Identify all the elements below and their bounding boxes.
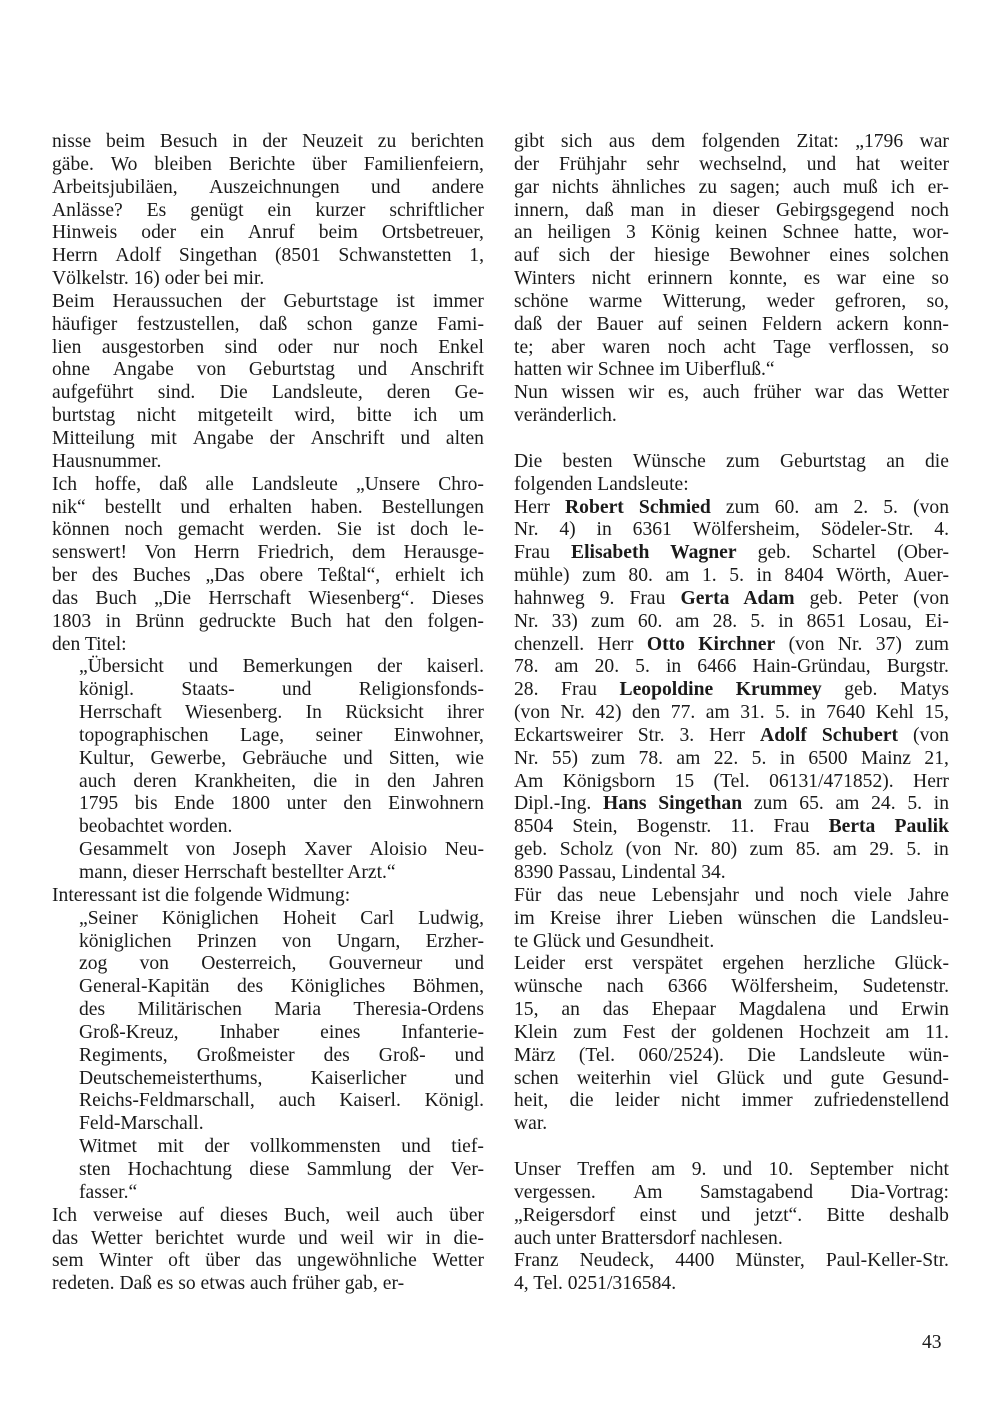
text-line: 1795bisEnde1800unterdenEinwohnern (79, 793, 484, 816)
text-line: semWinteroftüberdasungewöhnlicheWetter (52, 1250, 484, 1273)
indented-quote-paragraph: Witmetmitdervollkommenstenundtief-stenHo… (52, 1136, 484, 1205)
birthday-list-paragraph: Herr Robert Schmied zum 60. am 2. 5. (vo… (514, 497, 949, 885)
text-segment: Dipl.-Ing. (514, 793, 603, 814)
text-line: „SeinerKöniglichenHoheitCarlLudwig, (79, 908, 484, 931)
text-line: FürdasneueLebensjahrundnochvieleJahre (514, 885, 949, 908)
text-line: Frau Elisabeth Wagner geb. Schartel (Obe… (514, 542, 949, 565)
text-line: veränderlich. (514, 405, 949, 428)
person-name: Adolf Schubert (760, 725, 898, 746)
text-line: mann, dieser Herrschaft bestellter Arzt.… (79, 862, 484, 885)
text-line: GesammeltvonJosephXaverAloisioNeu- (79, 839, 484, 862)
text-segment: 28. Frau (514, 679, 620, 700)
text-line: desMilitärischenMariaTheresia-Ordens (79, 999, 484, 1022)
person-name: Elisabeth Wagner (571, 542, 737, 563)
text-line: auchderenKrankheiten,dieindenJahren (79, 771, 484, 794)
text-line: „Reigersdorfeinstundjetzt“.Bittedeshalb (514, 1205, 949, 1228)
paragraph-gap (514, 1136, 949, 1159)
paragraph-gap (514, 428, 949, 451)
text-line: stenHochachtungdieseSammlungderVer- (79, 1159, 484, 1182)
text-line: aufsichderhiesigeBewohnereinessolchen (514, 245, 949, 268)
text-line: mühle)zum80.am1.5.in8404Wörth,Auer- (514, 565, 949, 588)
text-line: Herr Robert Schmied zum 60. am 2. 5. (vo… (514, 497, 949, 520)
author-signature: FranzNeudeck,4400Münster,Paul-Keller-Str… (514, 1250, 949, 1296)
text-line: Witmetmitdervollkommenstenundtief- (79, 1136, 484, 1159)
weather-conclusion-paragraph: Nunwissenwires,auchfrüherwardasWetterver… (514, 382, 949, 428)
person-name: Gerta Adam (680, 588, 794, 609)
person-name: Otto Kirchner (647, 634, 775, 655)
right-column: gibtsichausdemfolgendenZitat:„1796warder… (514, 131, 949, 1296)
text-line: März(Tel.060/2524).DieLandsleutewün- (514, 1045, 949, 1068)
text-line: berdesBuches„DasobereTeßtal“,erhieltich (52, 565, 484, 588)
text-line: KleinzumFestdergoldenenHochzeitam11. (514, 1022, 949, 1045)
text-line: Anlässe?Esgenügteinkurzerschriftlicher (52, 200, 484, 223)
text-line: Eckartsweirer Str. 3. Herr Adolf Schuber… (514, 725, 949, 748)
text-line: Ichhoffe,daßalleLandsleute„UnsereChro- (52, 474, 484, 497)
text-line: Groß-Kreuz,InhabereinesInfanterie- (79, 1022, 484, 1045)
text-segment: Eckartsweirer Str. 3. Herr (514, 725, 760, 746)
text-line: Nr.55)zum78.am22.5.in6500Mainz21, (514, 748, 949, 771)
page-number: 43 (922, 1332, 942, 1354)
text-line: Hausnummer. (52, 451, 484, 474)
text-line: fasser.“ (79, 1182, 484, 1205)
person-name: Leopoldine Krummey (620, 679, 822, 700)
text-line: lienausgestorbensindodernurnochEnkel (52, 337, 484, 360)
text-line: Regiments,GroßmeisterdesGroß-und (79, 1045, 484, 1068)
text-line: folgenden Landsleute: (514, 474, 949, 497)
person-name: Robert Schmied (565, 497, 711, 518)
text-line: könnennochgemachtwerden.Sieistdochle- (52, 519, 484, 542)
text-line: 28. Frau Leopoldine Krummey geb. Matys (514, 679, 949, 702)
text-segment: geb. Schartel (Ober- (737, 542, 949, 563)
text-line: Interessant ist die folgende Widmung: (52, 885, 484, 908)
text-line: häufigerfestzustellen,daßschonganzeFami- (52, 314, 484, 337)
text-line: FranzNeudeck,4400Münster,Paul-Keller-Str… (514, 1250, 949, 1273)
text-line: Völkelstr. 16) oder bei mir. (52, 268, 484, 291)
text-segment: zum 65. am 24. 5. in (742, 793, 949, 814)
text-line: imKreiseihrerLiebenwünschendieLandsleu- (514, 908, 949, 931)
text-line: 78.am20.5.in6466Hain-Gründau,Burgstr. (514, 656, 949, 679)
text-line: vergessen.AmSamstagabendDia-Vortrag: (514, 1182, 949, 1205)
text-line: schönewarmeWitterung,wedergefroren,so, (514, 291, 949, 314)
text-line: anheiligen3KönigkeinenSchneehatte,wor- (514, 222, 949, 245)
text-line: dasBuch„DieHerrschaftWiesenberg“.Dieses (52, 588, 484, 611)
text-line: auch unter Brattersdorf nachlesen. (514, 1228, 949, 1251)
text-line: 4, Tel. 0251/316584. (514, 1273, 949, 1296)
text-line: innern,daßmanindieserGebirgsgegendnoch (514, 200, 949, 223)
birthday-wishes-paragraph: FürdasneueLebensjahrundnochvieleJahreimK… (514, 885, 949, 954)
indented-quote-paragraph: „ÜbersichtundBemerkungenderkaiserl.könig… (52, 656, 484, 839)
text-line: 8390 Passau, Lindental 34. (514, 862, 949, 885)
text-line: Wintersnichterinnernkonnte,eswareineso (514, 268, 949, 291)
text-line: BeimHeraussuchenderGeburtstageistimmer (52, 291, 484, 314)
text-line: geb.Scholz(vonNr.80)zum85.am29.5.in (514, 839, 949, 862)
text-line: schenweiterhinvielGlückundguteGesund- (514, 1068, 949, 1091)
text-line: te;aberwarennochachtTageverflossen,so (514, 337, 949, 360)
text-line: LeidererstverspätetergehenherzlicheGlück… (514, 953, 949, 976)
text-segment: Herr (514, 497, 565, 518)
text-line: Nr.4)in6361Wölfersheim,Södeler-Str.4. (514, 519, 949, 542)
person-name: Berta Paulik (829, 816, 949, 837)
text-line: UnserTreffenam9.und10.Septembernicht (514, 1159, 949, 1182)
text-line: zogvonOesterreich,Gouverneurund (79, 953, 484, 976)
text-segment: zum 60. am 2. 5. (von (711, 497, 949, 518)
text-segment: 8504 Stein, Bogenstr. 11. Frau (514, 816, 829, 837)
text-line: HerrnAdolfSingethan(8501Schwanstetten1, (52, 245, 484, 268)
text-line: war. (514, 1113, 949, 1136)
text-segment: (von (898, 725, 949, 746)
text-line: topographischenLage,seinerEinwohner, (79, 725, 484, 748)
text-line: DiebestenWünschezumGeburtstagandie (514, 451, 949, 474)
text-line: hatten wir Schnee im Uiberfluß.“ (514, 359, 949, 382)
text-line: nik“bestelltunderhaltenhaben.Bestellunge… (52, 497, 484, 520)
text-line: 15,andasEhepaarMagdalenaundErwin (514, 999, 949, 1022)
text-line: nissebeimBesuchinderNeuzeitzuberichten (52, 131, 484, 154)
text-line: senswert!VonHerrnFriedrich,demHerausge- (52, 542, 484, 565)
text-line: Nunwissenwires,auchfrüherwardasWetter (514, 382, 949, 405)
text-line: daßderBaueraufseinenFeldernackernkonn- (514, 314, 949, 337)
text-line: MitteilungmitAngabederAnschriftundalten (52, 428, 484, 451)
text-line: chenzell. Herr Otto Kirchner (von Nr. 37… (514, 634, 949, 657)
text-segment: (von Nr. 37) zum (775, 634, 949, 655)
text-line: königlichenPrinzenvonUngarn,Erzher- (79, 931, 484, 954)
text-line: wünschenach6366Wölfersheim,Sudetenstr. (514, 976, 949, 999)
text-segment: Frau (514, 542, 571, 563)
paragraph: nissebeimBesuchinderNeuzeitzuberichtengä… (52, 131, 484, 291)
text-line: Nr.33)zum60.am28.5.in8651Losau,Ei- (514, 611, 949, 634)
text-line: 1803inBrünngedruckteBuchhatdenfolgen- (52, 611, 484, 634)
text-line: gäbe.WobleibenBerichteüberFamilienfeiern… (52, 154, 484, 177)
text-line: Arbeitsjubiläen,Auszeichnungenundandere (52, 177, 484, 200)
text-line: (vonNr.42)den77.am31.5.in7640Kehl15, (514, 702, 949, 725)
indented-quote-paragraph: GesammeltvonJosephXaverAloisioNeu-mann, … (52, 839, 484, 885)
paragraph: IchverweiseaufdiesesBuch,weilauchüberdas… (52, 1205, 484, 1296)
weather-quote-paragraph: gibtsichausdemfolgendenZitat:„1796warder… (514, 131, 949, 382)
text-line: ohneAngabevonGeburtstagundAnschrift (52, 359, 484, 382)
text-line: Reichs-Feldmarschall,auchKaiserl.Königl. (79, 1090, 484, 1113)
text-line: Kultur,Gewerbe,GebräucheundSitten,wie (79, 748, 484, 771)
text-line: te Glück und Gesundheit. (514, 931, 949, 954)
text-line: königl.Staats-undReligionsfonds- (79, 679, 484, 702)
text-line: beobachtet worden. (79, 816, 484, 839)
birthday-intro-paragraph: DiebestenWünschezumGeburtstagandiefolgen… (514, 451, 949, 497)
text-line: Dipl.-Ing. Hans Singethan zum 65. am 24.… (514, 793, 949, 816)
indented-quote-paragraph: „SeinerKöniglichenHoheitCarlLudwig,könig… (52, 908, 484, 1136)
text-line: gibtsichausdemfolgendenZitat:„1796war (514, 131, 949, 154)
text-line: den Titel: (52, 634, 484, 657)
text-line: redeten. Daß es so etwas auch früher gab… (52, 1273, 484, 1296)
text-segment: chenzell. Herr (514, 634, 647, 655)
text-line: hahnweg 9. Frau Gerta Adam geb. Peter (v… (514, 588, 949, 611)
text-line: derFrühjahrsehrwechselnd,undhatweiter (514, 154, 949, 177)
text-line: heit,dieleidernichtimmerzufriedenstellen… (514, 1090, 949, 1113)
text-segment: 8390 Passau, Lindental 34. (514, 862, 726, 883)
left-column: nissebeimBesuchinderNeuzeitzuberichtengä… (52, 131, 484, 1296)
text-line: General-KapitändesKöniglichesBöhmen, (79, 976, 484, 999)
text-line: Feld-Marschall. (79, 1113, 484, 1136)
text-segment: hahnweg 9. Frau (514, 588, 680, 609)
text-line: burtstagnichtmitgeteiltwird,bitteichum (52, 405, 484, 428)
person-name: Hans Singethan (603, 793, 742, 814)
paragraph: BeimHeraussuchenderGeburtstageistimmerhä… (52, 291, 484, 474)
text-segment: geb. Peter (von (795, 588, 949, 609)
text-line: „ÜbersichtundBemerkungenderkaiserl. (79, 656, 484, 679)
text-line: Deutschemeisterthums,Kaiserlicherund (79, 1068, 484, 1091)
text-line: 8504 Stein, Bogenstr. 11. Frau Berta Pau… (514, 816, 949, 839)
text-line: IchverweiseaufdiesesBuch,weilauchüber (52, 1205, 484, 1228)
meeting-reminder-paragraph: UnserTreffenam9.und10.Septembernichtverg… (514, 1159, 949, 1250)
golden-wedding-paragraph: LeidererstverspätetergehenherzlicheGlück… (514, 953, 949, 1136)
paragraph: Ichhoffe,daßalleLandsleute„UnsereChro-ni… (52, 474, 484, 657)
text-line: garnichtsähnlicheszusagen;auchmußicher- (514, 177, 949, 200)
text-line: dasWetterberichtetwurdeundweilwirindie- (52, 1228, 484, 1251)
text-line: AmKönigsborn15(Tel.06131/471852).Herr (514, 771, 949, 794)
text-line: HinweisodereinAnrufbeimOrtsbetreuer, (52, 222, 484, 245)
text-line: aufgeführtsind.DieLandsleute,derenGe- (52, 382, 484, 405)
paragraph: Interessant ist die folgende Widmung: (52, 885, 484, 908)
text-line: HerrschaftWiesenberg.InRücksichtihrer (79, 702, 484, 725)
text-segment: geb. Matys (822, 679, 949, 700)
